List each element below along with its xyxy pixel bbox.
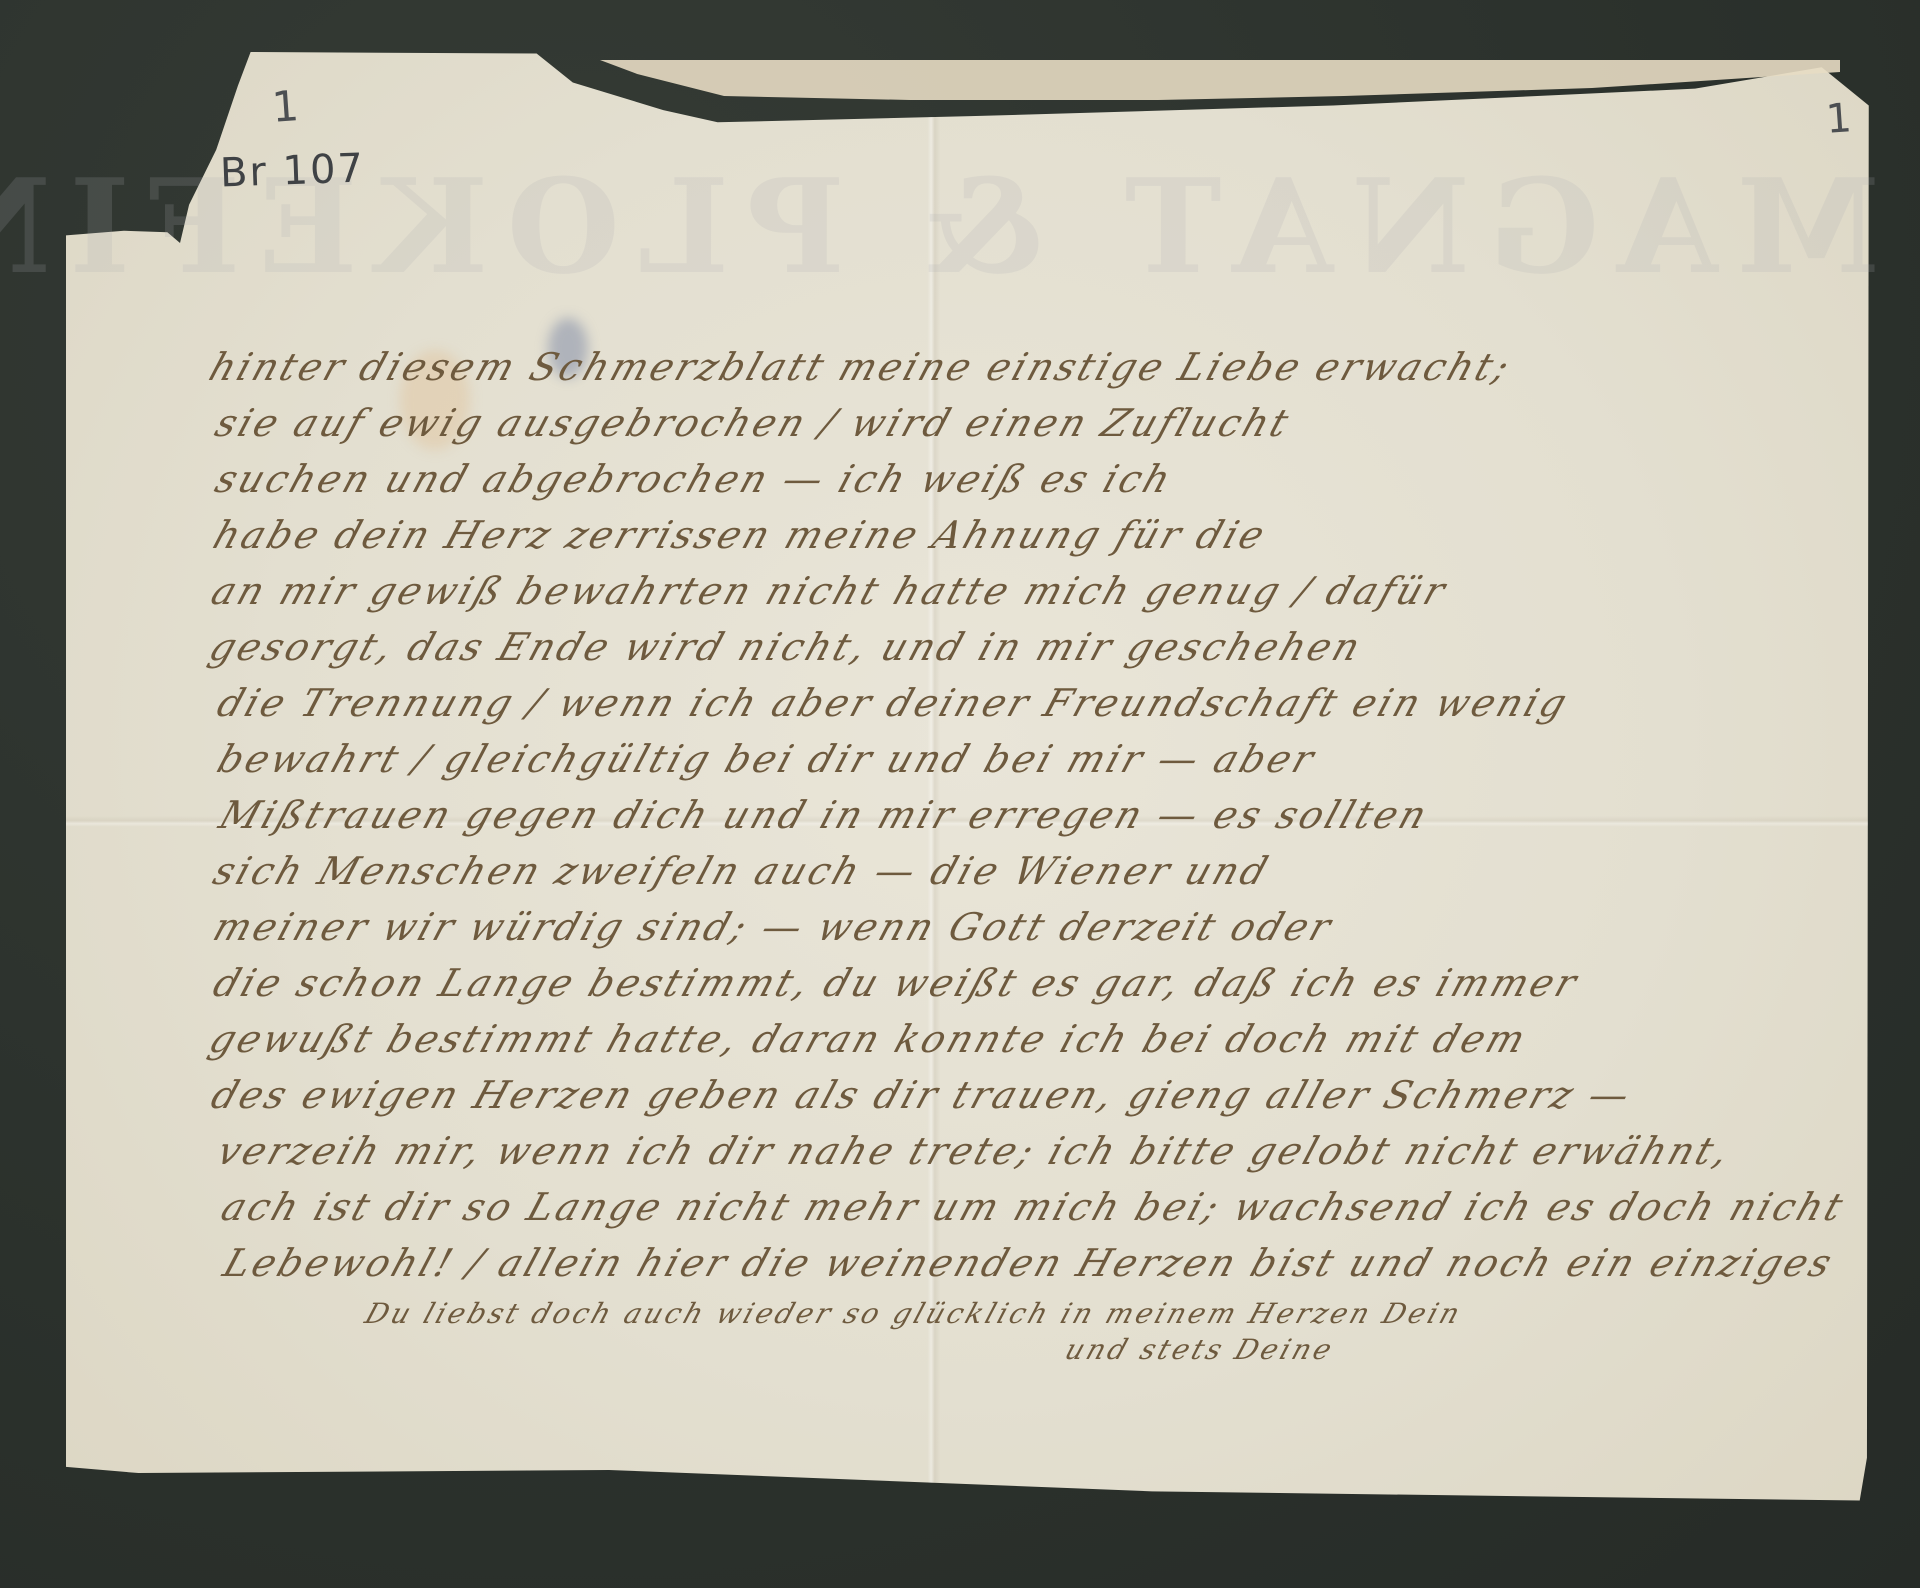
letter-line: gewußt bestimmt hatte, daran konnte ich … — [200, 1017, 1838, 1073]
letter-line: bewahrt / gleichgültig bei dir und bei m… — [208, 737, 1838, 793]
letter-line: an mir gewiß bewahrten nicht hatte mich … — [202, 569, 1838, 625]
letter-line: ach ist dir so Lange nicht mehr um mich … — [212, 1185, 1838, 1241]
folio-number-left: 1 — [270, 81, 300, 132]
postscript-line-2: und stets Deine — [1060, 1333, 1832, 1369]
letter-line: sie auf ewig ausgebrochen / wird einen Z… — [206, 401, 1838, 457]
postscript-line: Du liebst doch auch wieder so glücklich … — [360, 1297, 1832, 1333]
shelfmark: Br 107 — [219, 145, 365, 196]
letter-line: hinter diesem Schmerzblatt meine einstig… — [200, 345, 1838, 401]
letter-line: des ewigen Herzen geben als dir trauen, … — [202, 1073, 1838, 1129]
letter-line: habe dein Herz zerrissen meine Ahnung fü… — [204, 513, 1838, 569]
letter-body: hinter diesem Schmerzblatt meine einstig… — [200, 345, 1820, 1369]
letter-line: meiner wir würdig sind; — wenn Gott derz… — [204, 905, 1838, 961]
watermark: MAGNAT & PLOKEFING — [500, 150, 1880, 303]
letter-line: Mißtrauen gegen dich und in mir erregen … — [210, 793, 1838, 849]
letter-line: suchen und abgebrochen — ich weiß es ich — [206, 457, 1838, 513]
folio-number-right: 1 — [1824, 95, 1853, 143]
letter-line: sich Menschen zweifeln auch — die Wiener… — [204, 849, 1838, 905]
letter-line: die Trennung / wenn ich aber deiner Freu… — [208, 681, 1838, 737]
letter-line: die schon Lange bestimmt, du weißt es ga… — [204, 961, 1838, 1017]
letter-line: gesorgt, das Ende wird nicht, und in mir… — [200, 625, 1838, 681]
letter-line: Lebewohl! / allein hier die weinenden He… — [214, 1241, 1838, 1297]
letter-line: verzeih mir, wenn ich dir nahe trete; ic… — [208, 1129, 1838, 1185]
